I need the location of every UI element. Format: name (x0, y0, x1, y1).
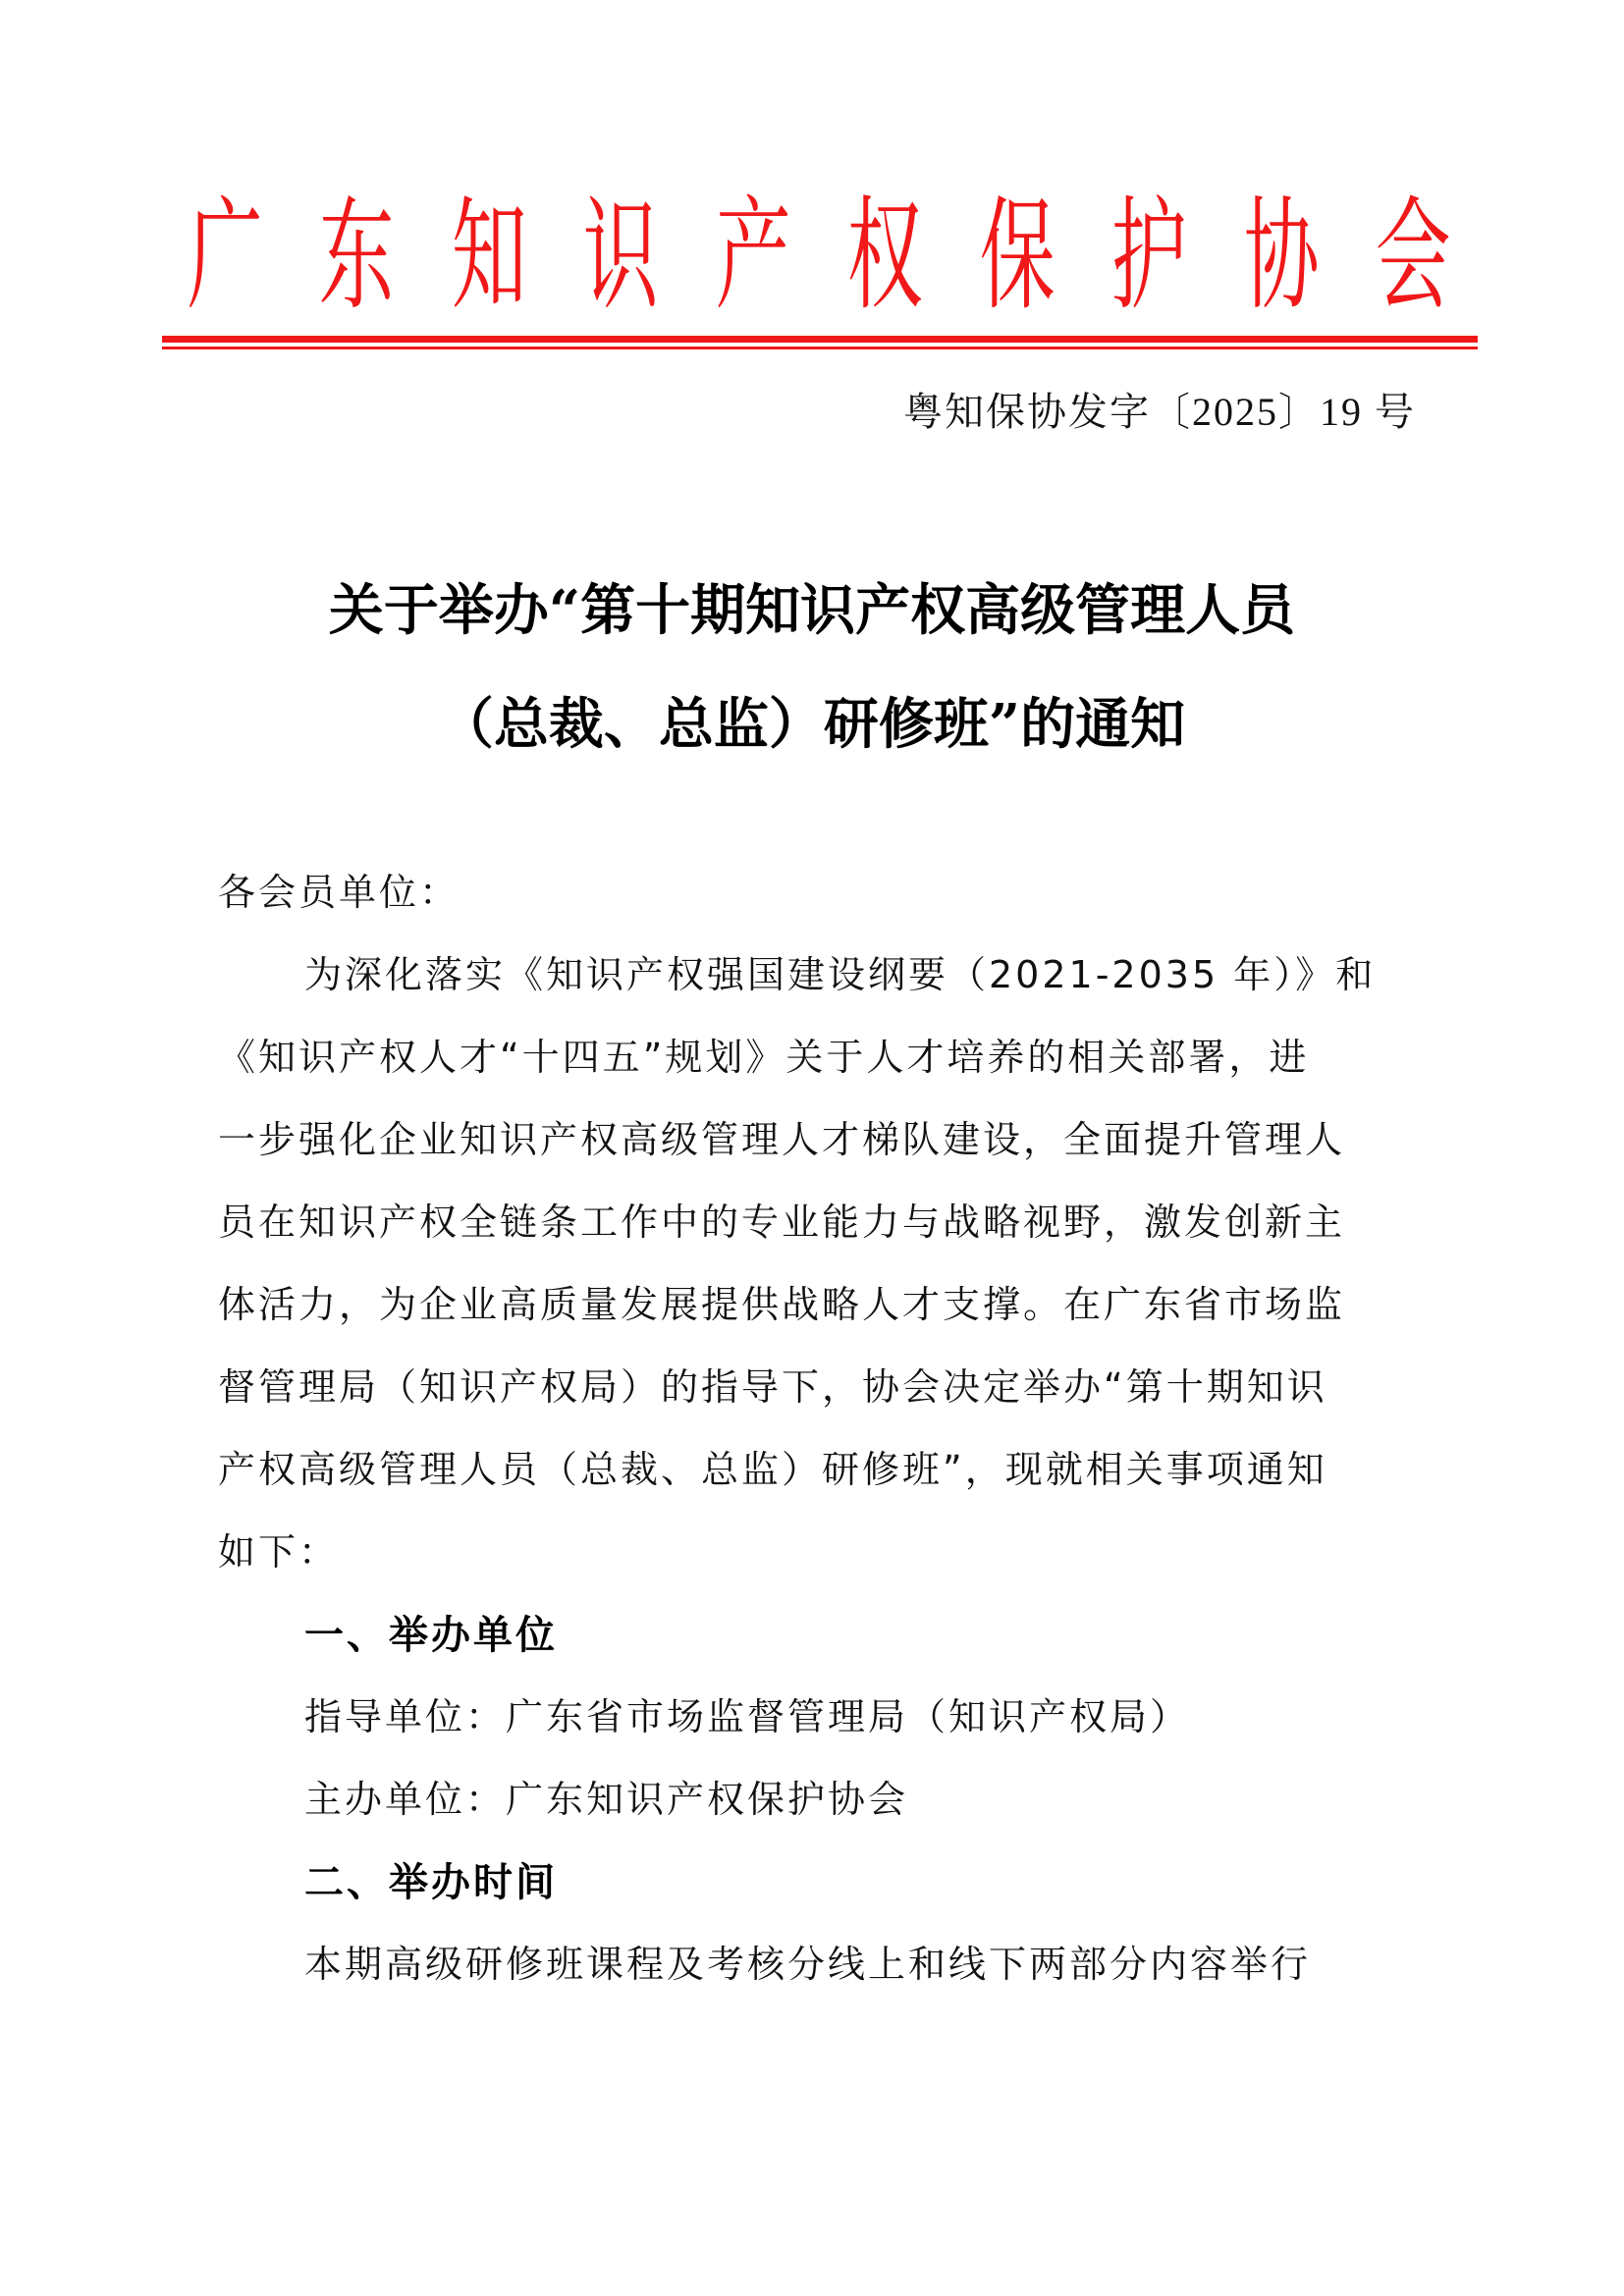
paragraph-line: 督管理局（知识产权局）的指导下，协会决定举办“第十期知识 (218, 1357, 1416, 1411)
document-title-line-2: （总裁、总监）研修班”的通知 (0, 681, 1624, 760)
masthead-char: 护 (1111, 192, 1184, 320)
masthead-char: 东 (319, 192, 392, 320)
organization-masthead: 广 东 知 识 产 权 保 护 协 会 (165, 192, 1471, 320)
paragraph-line: 产权高级管理人员（总裁、总监）研修班”，现就相关事项通知 (218, 1439, 1416, 1493)
section-heading-time: 二、举办时间 (304, 1851, 1502, 1907)
masthead-char: 保 (979, 192, 1052, 320)
section-line: 指导单位：广东省市场监督管理局（知识产权局） (304, 1686, 1502, 1740)
masthead-divider-thick (162, 336, 1478, 343)
paragraph-line: 员在知识产权全链条工作中的专业能力与战略视野，激发创新主 (218, 1192, 1416, 1246)
section-line: 本期高级研修班课程及考核分线上和线下两部分内容举行 (304, 1934, 1502, 1988)
masthead-char: 识 (583, 192, 656, 320)
paragraph-line: 如下： (218, 1522, 1416, 1575)
masthead-char: 权 (847, 192, 920, 320)
salutation: 各会员单位： (218, 862, 1416, 916)
section-line: 主办单位：广东知识产权保护协会 (304, 1769, 1502, 1823)
paragraph-line: 为深化落实《知识产权强国建设纲要（2021-2035 年）》和 (304, 944, 1502, 998)
masthead-char: 会 (1376, 192, 1448, 320)
paragraph-line: 一步强化企业知识产权高级管理人才梯队建设，全面提升管理人 (218, 1109, 1416, 1163)
masthead-divider-thin (162, 347, 1478, 349)
masthead-char: 广 (188, 192, 260, 320)
masthead-char: 知 (452, 192, 524, 320)
document-title-line-1: 关于举办“第十期知识产权高级管理人员 (0, 567, 1624, 646)
paragraph-line: 《知识产权人才“十四五”规划》关于人才培养的相关部署，进 (218, 1027, 1416, 1081)
masthead-char: 产 (716, 192, 788, 320)
document-page: 广 东 知 识 产 权 保 护 协 会 粤知保协发字〔2025〕19 号 关于举… (0, 0, 1624, 2296)
section-heading-organizers: 一、举办单位 (304, 1604, 1502, 1660)
document-number: 粤知保协发字〔2025〕19 号 (903, 381, 1416, 437)
paragraph-line: 体活力，为企业高质量发展提供战略人才支撑。在广东省市场监 (218, 1274, 1416, 1328)
masthead-char: 协 (1243, 192, 1316, 320)
